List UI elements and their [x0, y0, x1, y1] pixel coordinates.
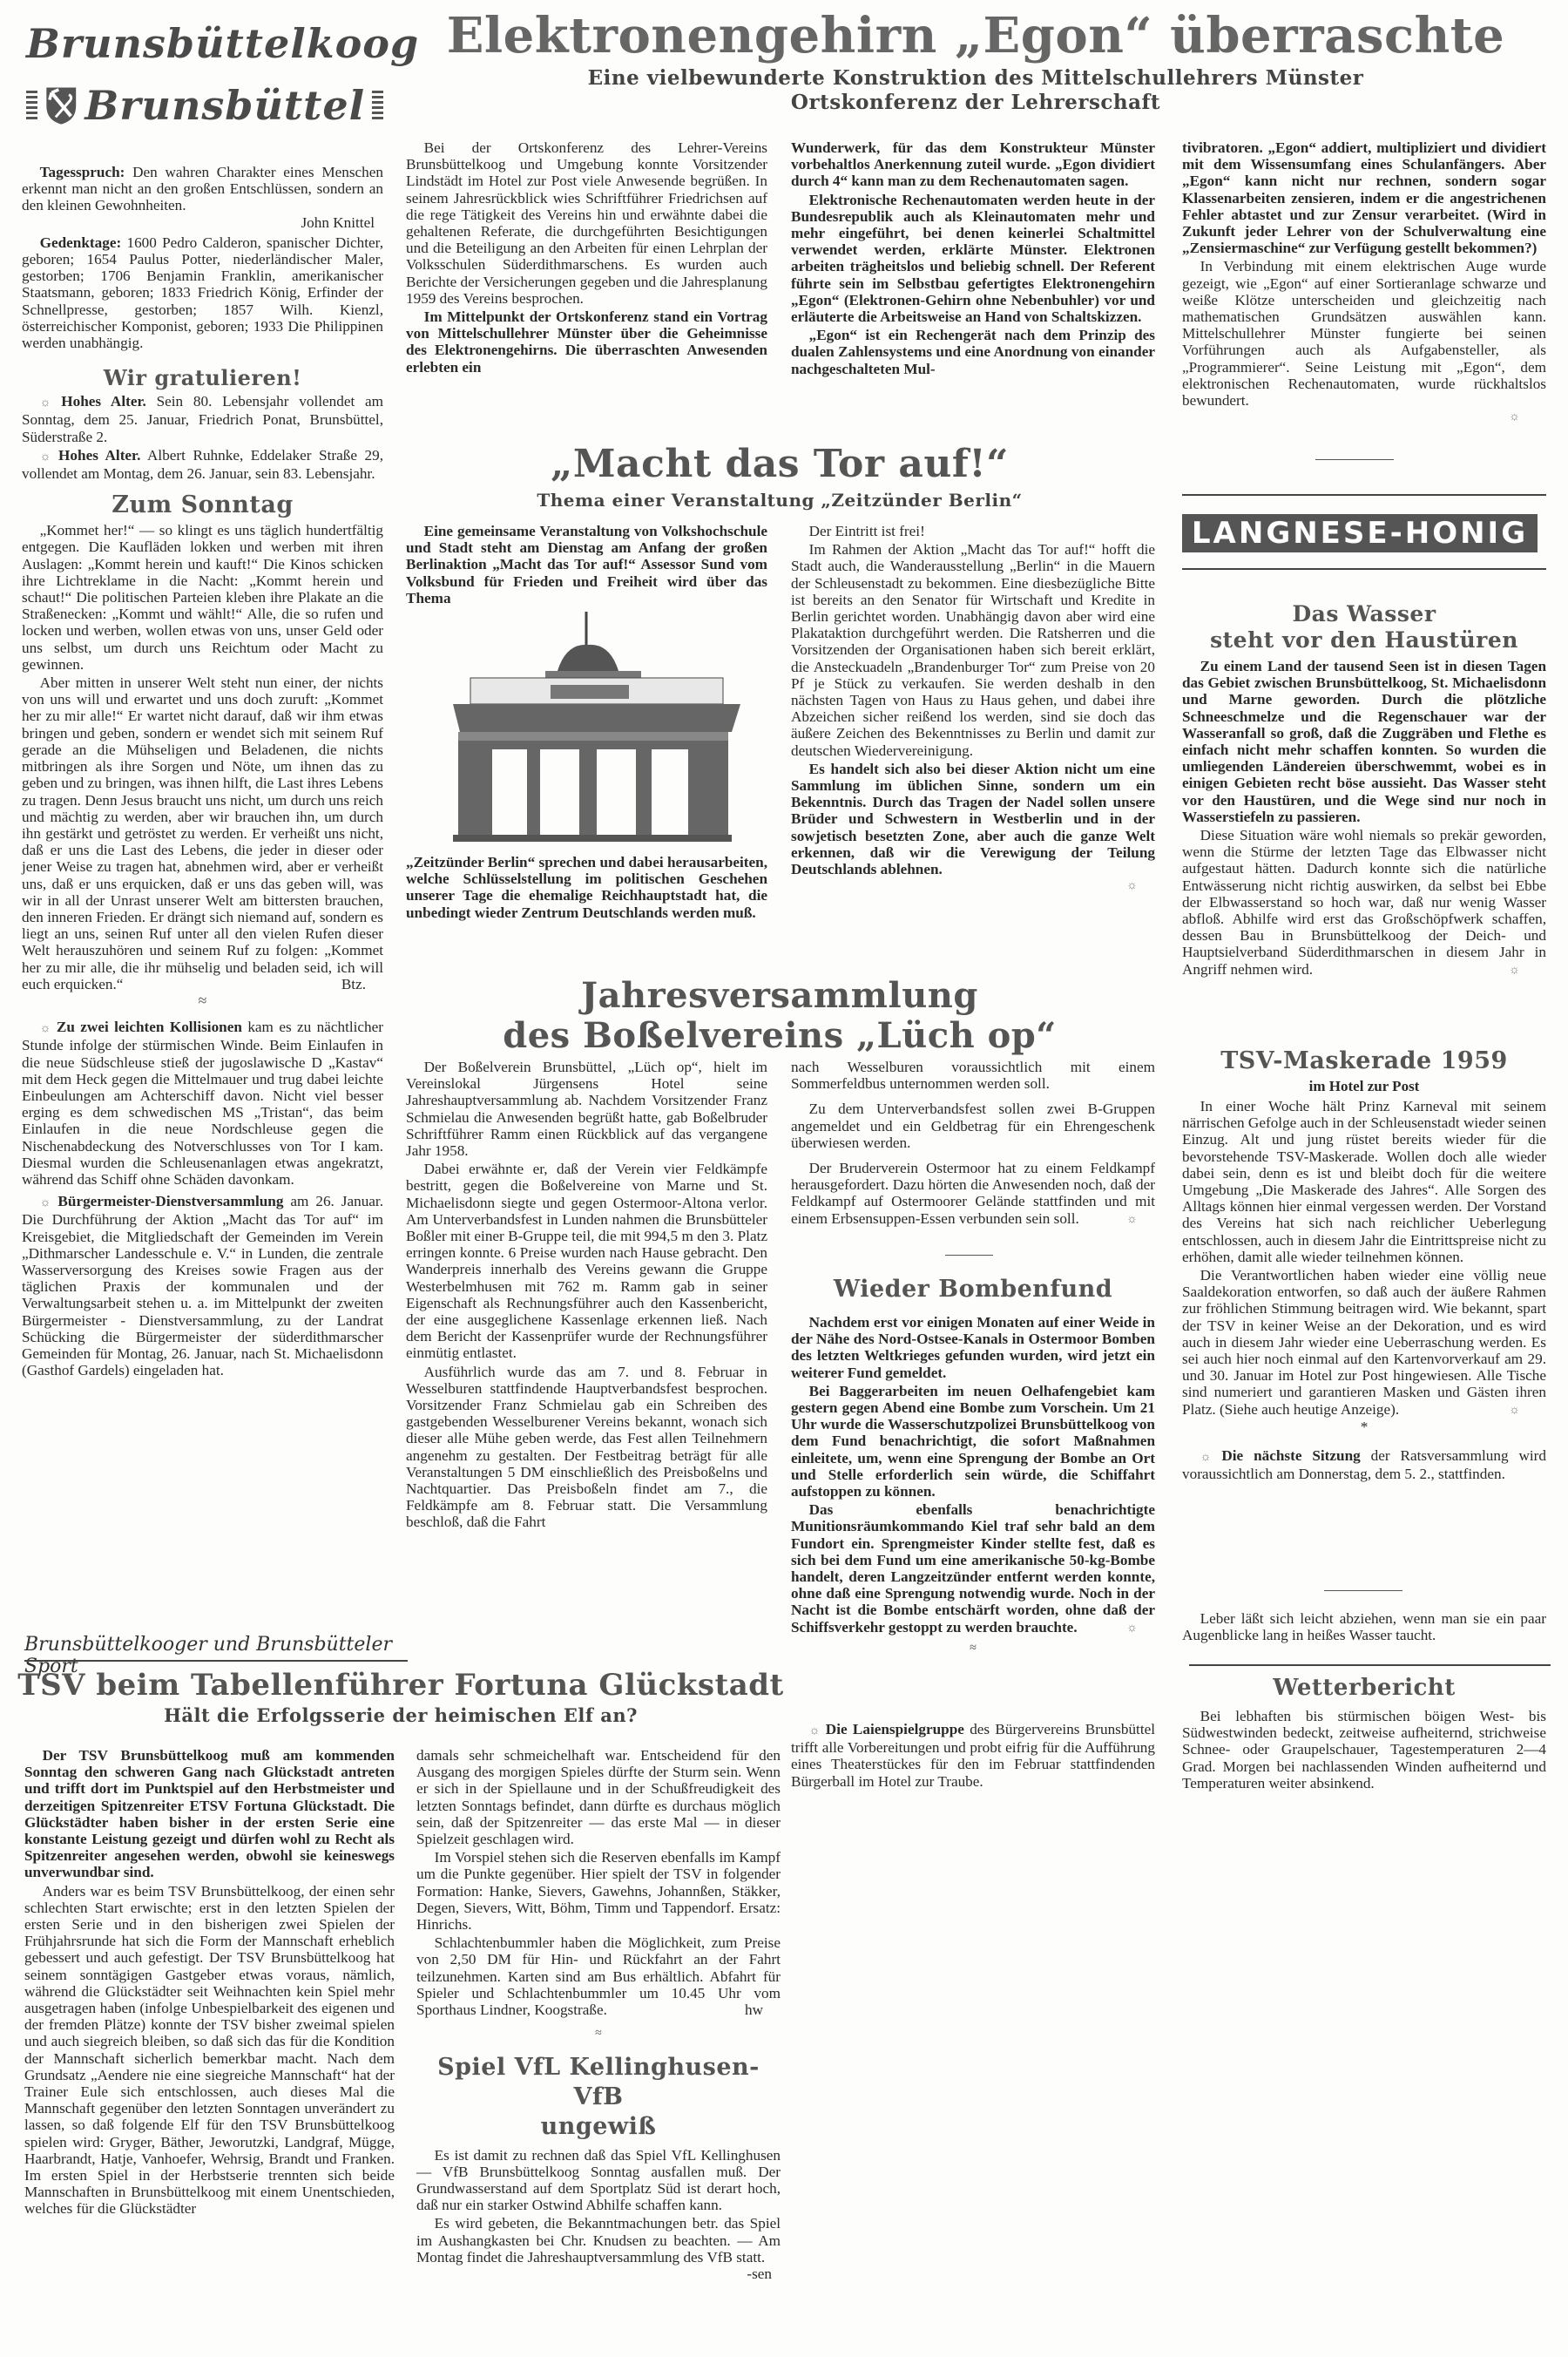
maskerade-header: TSV-Maskerade 1959 im Hotel zur Post — [1182, 1046, 1546, 1096]
kollisionen-item: ☼ Zu zwei leichten Kollisionen kam es zu… — [22, 1019, 383, 1188]
wetter-headline: Wetterbericht — [1182, 1673, 1546, 1703]
masthead-title-line2: Brunsbüttel — [84, 81, 365, 130]
laienspiel-item: ☼ Die Laienspielgruppe des Bürgervereins… — [791, 1721, 1155, 1790]
masthead: Brunsbüttelkoog Brunsbüttel — [26, 19, 383, 139]
egon-col2: Wunderwerk, für das dem Konstrukteur Mün… — [791, 139, 1155, 377]
divider — [1324, 1590, 1402, 1591]
sport-col1: Der TSV Brunsbüttelkoog muß am kommenden… — [24, 1747, 395, 2218]
bosel-header: Jahresversammlung des Boßelvereins „Lüch… — [392, 976, 1167, 1056]
left-column: Tagesspruch: Den wahren Charakter eines … — [22, 164, 383, 1378]
divider — [945, 1255, 993, 1256]
sport-rule — [24, 1660, 408, 1662]
bombe-body: Nachdem erst vor einigen Monaten auf ein… — [791, 1314, 1155, 1656]
tor-subhead: Thema einer Veranstaltung „Zeitzünder Be… — [392, 489, 1167, 511]
ad-bottom-rule — [1182, 568, 1546, 570]
egon-col3: tivibratoren. „Egon“ addiert, multiplizi… — [1182, 139, 1546, 425]
wetter-body: Bei lebhaften bis stürmischen böigen Wes… — [1182, 1708, 1546, 1791]
buergermeister-item: ☼ Bürgermeister-Dienstversammlung am 26.… — [22, 1193, 383, 1378]
egon-header: Elektronengehirn „Egon“ überraschte Eine… — [392, 5, 1559, 115]
bombe-headline: Wieder Bombenfund — [791, 1274, 1155, 1305]
tor-col1-bottom: „Zeitzünder Berlin“ sprechen und dabei h… — [406, 854, 767, 921]
star-icon: ☼ — [40, 1022, 51, 1035]
bosel-col2: nach Wesselburen voraussichtlich mit ein… — [791, 1059, 1155, 1228]
zum-sonntag-heading: Zum Sonntag — [22, 489, 383, 522]
gedenktage: Gedenktage: 1600 Pedro Calderon, spanisc… — [22, 234, 383, 351]
wasser-headline2: steht vor den Haustüren — [1182, 627, 1546, 654]
star-icon: ☼ — [40, 450, 51, 464]
wasser-headline1: Das Wasser — [1182, 601, 1546, 627]
maskerade-headline: TSV-Maskerade 1959 — [1182, 1046, 1546, 1077]
gratulation-heading: Wir gratulieren! — [22, 363, 383, 393]
ad-top-rule — [1182, 494, 1546, 496]
star-icon: ☼ — [40, 396, 51, 410]
langnese-honig-ad[interactable]: LANGNESE-HONIG — [1182, 514, 1538, 552]
wetter-rule — [1189, 1664, 1551, 1666]
tagesspruch: Tagesspruch: Den wahren Charakter eines … — [22, 164, 383, 214]
star-icon: ☼ — [809, 1724, 821, 1737]
kellinghusen-headline: Spiel VfL Kellinghusen-VfB ungewiß — [416, 2053, 781, 2142]
brandenburg-gate-illustration — [436, 610, 749, 845]
sitzung-item: ☼ Die nächste Sitzung der Ratsversammlun… — [1182, 1447, 1546, 1482]
sport-header: TSV beim Tabellenführer Fortuna Glücksta… — [17, 1666, 784, 1727]
wasser-header: Das Wasser steht vor den Haustüren — [1182, 601, 1546, 654]
asterisk-ornament: * — [1182, 1419, 1546, 1435]
egon-subhead1: Eine vielbewunderte Konstruktion des Mit… — [392, 66, 1559, 91]
wave-ornament-icon: ≈ — [791, 1640, 1155, 1656]
wasser-body: Zu einem Land der tausend Seen ist in di… — [1182, 658, 1546, 979]
leber-item: Leber läßt sich leicht abziehen, wenn ma… — [1182, 1610, 1546, 1643]
bosel-col1: Der Boßelverein Brunsbüttel, „Lüch op“, … — [406, 1059, 767, 1531]
zum-sonntag-paragraph: „Kommet her!“ — so klingt es uns täglich… — [22, 522, 383, 673]
divider — [1315, 459, 1394, 460]
egon-col1: Bei der Ortskonferenz des Lehrer-Vereins… — [406, 139, 767, 376]
egon-headline: Elektronengehirn „Egon“ überraschte — [392, 5, 1559, 66]
tor-col2: Der Eintritt ist frei! Im Rahmen der Akt… — [791, 523, 1155, 894]
bosel-headline1: Jahresversammlung — [392, 976, 1167, 1016]
gratulation-item: ☼ Hohes Alter. Sein 80. Lebensjahr volle… — [22, 393, 383, 445]
tagesspruch-author: John Knittel — [22, 214, 383, 231]
gratulation-item: ☼ Hohes Alter. Albert Ruhnke, Eddelaker … — [22, 447, 383, 482]
tor-col1: Eine gemeinsame Veranstaltung von Volksh… — [406, 523, 767, 606]
sport-headline: TSV beim Tabellenführer Fortuna Glücksta… — [17, 1666, 784, 1704]
tor-headline: „Macht das Tor auf!“ — [392, 440, 1167, 489]
star-icon: ☼ — [40, 1196, 51, 1209]
bosel-headline2: des Boßelvereins „Lüch op“ — [392, 1016, 1167, 1056]
tor-header: „Macht das Tor auf!“ Thema einer Veranst… — [392, 440, 1167, 511]
kellinghusen-author: -sen — [416, 2266, 781, 2282]
zum-sonntag-paragraph: Aber mitten in unserer Welt steht nun ei… — [22, 674, 383, 992]
sport-subhead: Hält die Erfolgsserie der heimischen Elf… — [17, 1704, 784, 1727]
star-icon: ☼ — [791, 877, 1155, 894]
banner-left-icon — [26, 91, 37, 120]
sport-col2: damals sehr schmeichelhaft war. Entschei… — [416, 1747, 781, 2282]
maskerade-subhead: im Hotel zur Post — [1182, 1077, 1546, 1096]
anchor-crest-icon — [44, 71, 78, 139]
egon-subhead2: Ortskonferenz der Lehrerschaft — [392, 91, 1559, 115]
wave-ornament-icon: ≈ — [416, 2025, 781, 2042]
banner-right-icon — [372, 91, 383, 120]
maskerade-body: In einer Woche hält Prinz Karneval mit s… — [1182, 1098, 1546, 1483]
star-icon: ☼ — [1182, 409, 1546, 425]
star-icon: ☼ — [1200, 1451, 1212, 1464]
masthead-title-line1: Brunsbüttelkoog — [26, 19, 383, 68]
wave-ornament-icon: ≈ — [22, 992, 383, 1008]
